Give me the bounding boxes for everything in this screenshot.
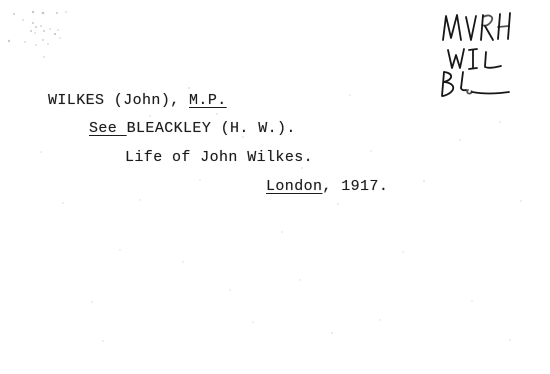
title-line: Life of John Wilkes. — [125, 149, 313, 167]
imprint-place-underlined: London — [266, 178, 322, 195]
heading-text: WILKES (John), — [48, 92, 189, 109]
catalog-card: WILKES (John), M.P. See BLEACKLEY (H. W.… — [0, 0, 550, 374]
handwritten-shelfmark: MVRH WIL BL — [433, 6, 533, 101]
shelfmark-line2-text: WIL — [433, 101, 434, 102]
see-underlined-text: See — [89, 120, 127, 137]
see-reference-line: See BLEACKLEY (H. W.). — [89, 120, 296, 138]
imprint-line: London, 1917. — [266, 178, 388, 196]
title-text: Life of John Wilkes. — [125, 149, 313, 166]
imprint-year-text: , 1917. — [322, 178, 388, 195]
handwriting-strokes-icon — [433, 6, 533, 101]
see-reference-text: BLEACKLEY (H. W.). — [127, 120, 296, 137]
shelfmark-line1-text: MVRH — [433, 101, 434, 102]
heading-underlined-text: M.P. — [189, 92, 227, 109]
heading-line: WILKES (John), M.P. — [48, 92, 227, 110]
shelfmark-line3-text: BL — [433, 101, 434, 102]
